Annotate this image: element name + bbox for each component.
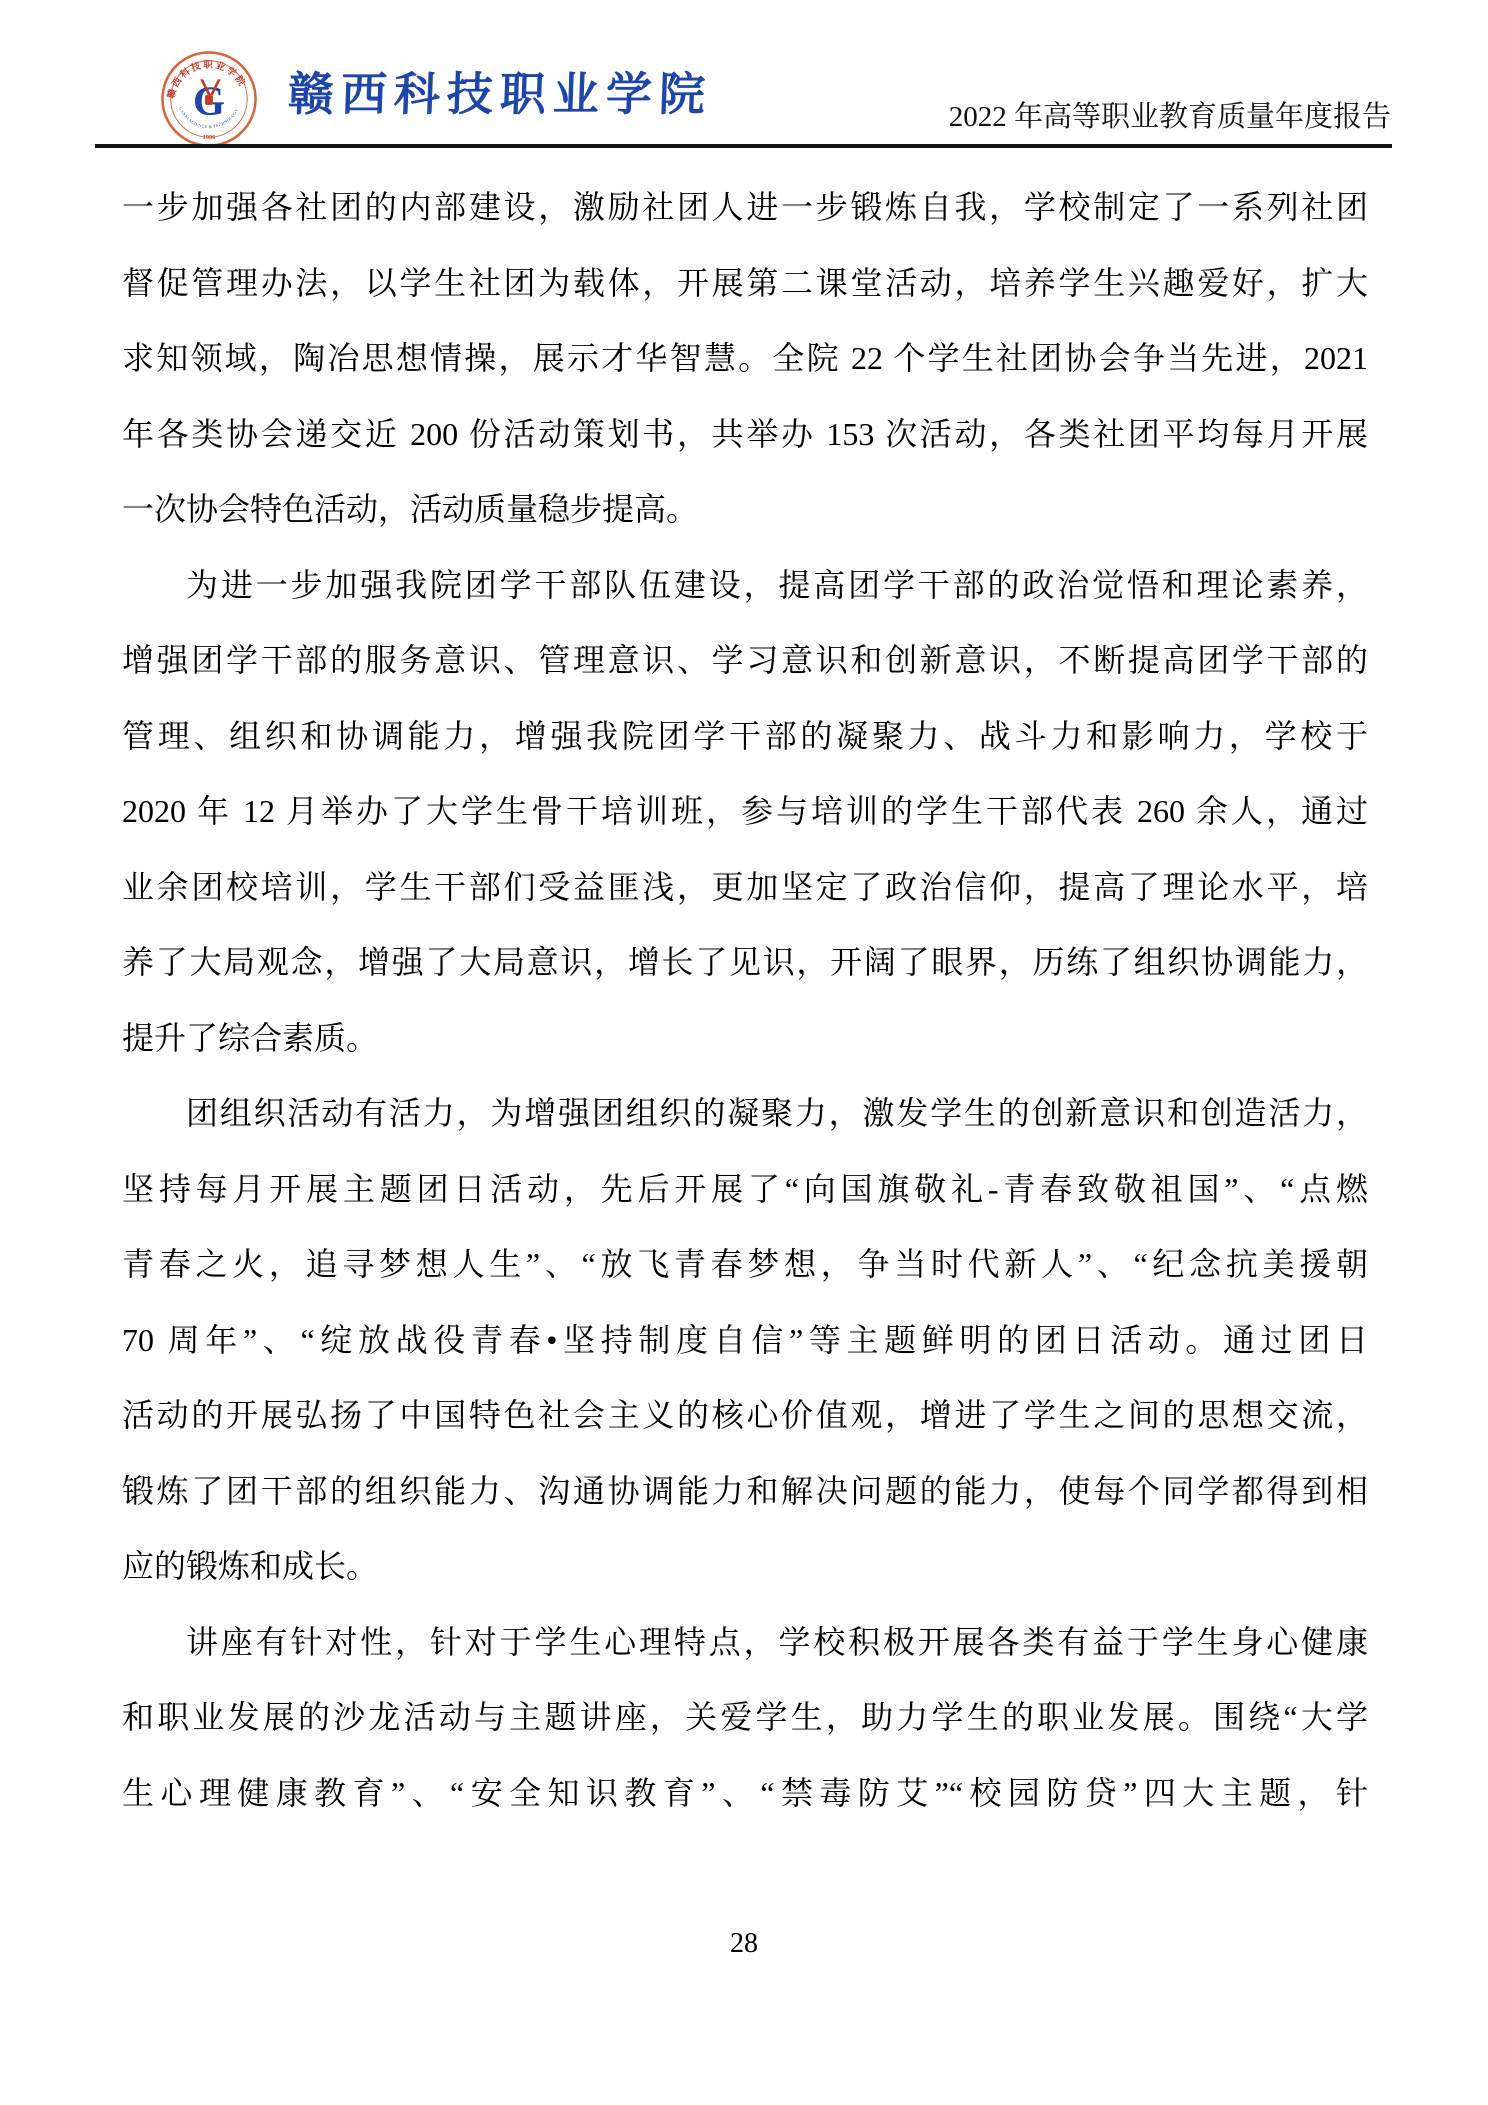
- body-line: 活动的开展弘扬了中国特色社会主义的核心价值观，增进了学生之间的思想交流，: [122, 1378, 1368, 1454]
- body-line: 应的锻炼和成长。: [122, 1529, 1368, 1605]
- page-number: 28: [730, 1928, 758, 1959]
- school-name: 赣西科技职业学院: [287, 58, 713, 124]
- body-line: 业余团校培训，学生干部们受益匪浅，更加坚定了政治信仰，提高了理论水平，培: [122, 850, 1368, 926]
- body-line: 70 周年”、“绽放战役青春•坚持制度自信”等主题鲜明的团日活动。通过团日: [122, 1303, 1368, 1379]
- body-line: 生心理健康教育”、“安全知识教育”、“禁毒防艾”“校园防贷”四大主题，针: [122, 1756, 1368, 1832]
- body-line: 团组织活动有活力，为增强团组织的凝聚力，激发学生的创新意识和创造活力，: [122, 1076, 1368, 1152]
- logo-year: 1996: [203, 134, 216, 141]
- body-line: 为进一步加强我院团学干部队伍建设，提高团学干部的政治觉悟和理论素养，: [122, 548, 1368, 624]
- header-divider: [95, 144, 1392, 148]
- body-line: 和职业发展的沙龙活动与主题讲座，关爱学生，助力学生的职业发展。围绕“大学: [122, 1680, 1368, 1756]
- body-line: 锻炼了团干部的组织能力、沟通协调能力和解决问题的能力，使每个同学都得到相: [122, 1454, 1368, 1530]
- body-line: 坚持每月开展主题团日活动，先后开展了“向国旗敬礼-青春致敬祖国”、“点燃: [122, 1152, 1368, 1228]
- body-line: 养了大局观念，增强了大局意识，增长了见识，开阔了眼界，历练了组织协调能力，: [122, 925, 1368, 1001]
- body-line: 年各类协会递交近 200 份活动策划书，共举办 153 次活动，各类社团平均每月…: [122, 397, 1368, 473]
- body-line: 青春之火，追寻梦想人生”、“放飞青春梦想，争当时代新人”、“纪念抗美援朝: [122, 1227, 1368, 1303]
- body-line: 管理、组织和协调能力，增强我院团学干部的凝聚力、战斗力和影响力，学校于: [122, 699, 1368, 775]
- body-line: 增强团学干部的服务意识、管理意识、学习意识和创新意识，不断提高团学干部的: [122, 623, 1368, 699]
- logo-torch: [205, 95, 213, 105]
- document-page: 赣西科技职业学院 G GANXI SCIENCE & TECHNOLOGY VO…: [0, 0, 1488, 2105]
- document-body: 一步加强各社团的内部建设，激励社团人进一步锻炼自我，学校制定了一系列社团督促管理…: [122, 170, 1368, 1831]
- body-line: 2020 年 12 月举办了大学生骨干培训班，参与培训的学生干部代表 260 余…: [122, 774, 1368, 850]
- page-footer: 28: [0, 1928, 1488, 1960]
- body-line: 提升了综合素质。: [122, 1001, 1368, 1077]
- body-line: 讲座有针对性，针对于学生心理特点，学校积极开展各类有益于学生身心健康: [122, 1605, 1368, 1681]
- body-line: 求知领域，陶冶思想情操，展示才华智慧。全院 22 个学生社团协会争当先进，202…: [122, 321, 1368, 397]
- school-logo: 赣西科技职业学院 G GANXI SCIENCE & TECHNOLOGY VO…: [160, 50, 258, 148]
- body-line: 一步加强各社团的内部建设，激励社团人进一步锻炼自我，学校制定了一系列社团: [122, 170, 1368, 246]
- report-title: 2022 年高等职业教育质量年度报告: [949, 94, 1391, 135]
- body-line: 督促管理办法，以学生社团为载体，开展第二课堂活动，培养学生兴趣爱好，扩大: [122, 246, 1368, 322]
- body-line: 一次协会特色活动，活动质量稳步提高。: [122, 472, 1368, 548]
